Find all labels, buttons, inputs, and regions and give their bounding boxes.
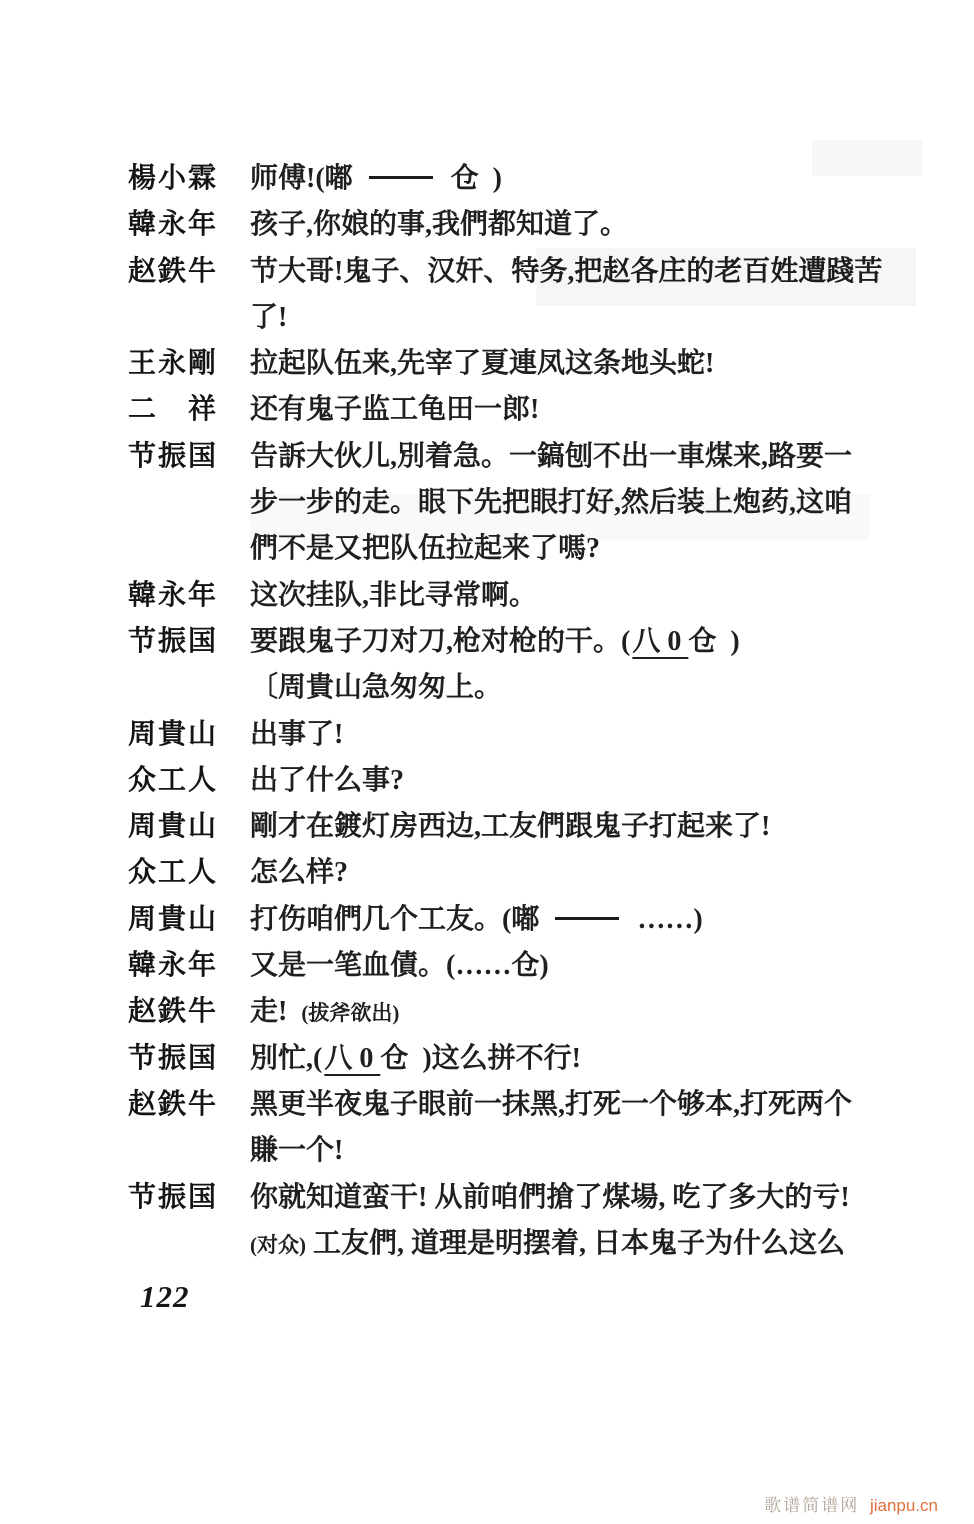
dialogue-row: 赵鉄牛走! (拔斧欲出) <box>128 989 974 1035</box>
dialogue-text: 拉起队伍来,先宰了夏連凤这条地头蛇! <box>250 341 974 387</box>
dialogue-segment: 告訴大伙儿,別着急。一鎬刨不出一車煤来,路要一 <box>250 441 852 472</box>
dialogue-row: 节振国你就知道蛮干! 从前咱們搶了煤場, 吃了多大的亏! <box>128 1175 974 1221</box>
dialogue-row: 众工人出了什么事? <box>128 758 974 804</box>
dialogue-row: 們不是又把队伍拉起来了嗎? <box>128 526 974 572</box>
dialogue-row: 王永剛拉起队伍来,先宰了夏連凤这条地头蛇! <box>128 341 974 387</box>
dialogue-text: 步一步的走。眼下先把眼打好,然后装上炮药,这咱 <box>250 480 974 526</box>
speaker-name <box>128 665 250 711</box>
dialogue-text: 这次挂队,非比寻常啊。 <box>250 573 974 619</box>
dialogue-text: 了! <box>250 295 974 341</box>
dialogue-segment: 工友們, 道理是明摆着, 日本鬼子为什么这么 <box>306 1228 845 1259</box>
speaker-name: 赵鉄牛 <box>128 1082 250 1128</box>
dialogue-segment: 这次挂队,非比寻常啊。 <box>250 580 537 611</box>
stage-direction: (拔斧欲出) <box>301 1001 399 1025</box>
speaker-name <box>128 1221 250 1267</box>
dialogue-text: 賺一个! <box>250 1128 974 1174</box>
dialogue-segment: 还有鬼子监工龟田一郎! <box>250 394 539 425</box>
dialogue-row: 众工人怎么样? <box>128 850 974 896</box>
dialogue-text: 剛才在鍍灯房西边,工友們跟鬼子打起来了! <box>250 804 974 850</box>
dialogue-segment: 仓 ) <box>688 626 739 657</box>
dialogue-segment: 你就知道蛮干! 从前咱們搶了煤場, 吃了多大的亏! <box>250 1182 850 1213</box>
dialogue-text: 出事了! <box>250 712 974 758</box>
dialogue-segment: 怎么样? <box>250 857 348 888</box>
speaker-name: 赵鉄牛 <box>128 989 250 1035</box>
dialogue-segment: 剛才在鍍灯房西边,工友們跟鬼子打起来了! <box>250 811 770 842</box>
dialogue-segment: 孩子,你娘的事,我們都知道了。 <box>250 209 628 240</box>
dialogue-text: 〔周貴山急匆匆上。 <box>250 665 974 711</box>
scanned-script-page: 楊小霖师傅!(嘟仓 )韓永年孩子,你娘的事,我們都知道了。赵鉄牛节大哥!鬼子、汉… <box>0 0 974 1524</box>
dialogue-row: 节振国別忙,(八0仓 )这么拼不行! <box>128 1036 974 1082</box>
dialogue-text: 师傅!(嘟仓 ) <box>250 156 974 202</box>
dialogue-segment: 步一步的走。眼下先把眼打好,然后装上炮药,这咱 <box>250 487 852 518</box>
dialogue-segment: 要跟鬼子刀对刀,枪对枪的干。( <box>250 626 630 657</box>
percussion-underlined: 八0 <box>322 1043 380 1074</box>
speaker-name: 韓永年 <box>128 943 250 989</box>
watermark-site-url: jianpu.cn <box>870 1496 938 1515</box>
dialogue-row: 赵鉄牛节大哥!鬼子、汉奸、特务,把赵各庄的老百姓遭踐苦 <box>128 249 974 295</box>
dialogue-text: 还有鬼子监工龟田一郎! <box>250 387 974 433</box>
page-number: 122 <box>140 1279 974 1315</box>
dialogue-row: 賺一个! <box>128 1128 974 1174</box>
dialogue-text: 你就知道蛮干! 从前咱們搶了煤場, 吃了多大的亏! <box>250 1175 974 1221</box>
dialogue-text: 告訴大伙儿,別着急。一鎬刨不出一車煤来,路要一 <box>250 434 974 480</box>
dialogue-segment: 拉起队伍来,先宰了夏連凤这条地头蛇! <box>250 348 714 379</box>
dialogue-segment: 賺一个! <box>250 1135 343 1166</box>
dialogue-segment: 們不是又把队伍拉起来了嗎? <box>250 533 600 564</box>
speaker-name: 王永剛 <box>128 341 250 387</box>
dialogue-segment: 別忙,( <box>250 1043 322 1074</box>
dialogue-row: 周貴山剛才在鍍灯房西边,工友們跟鬼子打起来了! <box>128 804 974 850</box>
dialogue-row: 二 祥还有鬼子监工龟田一郎! <box>128 387 974 433</box>
dialogue-text: 打伤咱們几个工友。(嘟……) <box>250 897 974 943</box>
speaker-name <box>128 480 250 526</box>
dialogue-row: 韓永年这次挂队,非比寻常啊。 <box>128 573 974 619</box>
dialogue-text: 又是一笔血債。(……仓) <box>250 943 974 989</box>
percussion-underlined: 八0 <box>630 626 688 657</box>
dialogue-text: 走! (拔斧欲出) <box>250 989 974 1035</box>
dialogue-segment: 又是一笔血債。(……仓) <box>250 950 549 981</box>
dialogue-text: 們不是又把队伍拉起来了嗎? <box>250 526 974 572</box>
dialogue-segment: 了! <box>250 302 287 333</box>
speaker-name <box>128 526 250 572</box>
speaker-name: 周貴山 <box>128 897 250 943</box>
dialogue-row: 〔周貴山急匆匆上。 <box>128 665 974 711</box>
dialogue-text: 孩子,你娘的事,我們都知道了。 <box>250 202 974 248</box>
dialogue-text: 怎么样? <box>250 850 974 896</box>
dialogue-row: 周貴山打伤咱們几个工友。(嘟……) <box>128 897 974 943</box>
dialogue-text: 別忙,(八0仓 )这么拼不行! <box>250 1036 974 1082</box>
speaker-name <box>128 295 250 341</box>
dialogue-segment: 仓 ) <box>451 163 502 194</box>
dialogue-segment: 师傅!(嘟 <box>250 163 353 194</box>
speaker-name: 周貴山 <box>128 712 250 758</box>
dialogue-segment: 〔周貴山急匆匆上。 <box>250 672 502 703</box>
dialogue-row: 节振国要跟鬼子刀对刀,枪对枪的干。(八0仓 ) <box>128 619 974 665</box>
speaker-name: 节振国 <box>128 1036 250 1082</box>
dialogue-text: 节大哥!鬼子、汉奸、特务,把赵各庄的老百姓遭踐苦 <box>250 249 974 295</box>
speaker-name: 节振国 <box>128 619 250 665</box>
dialogue-segment: 出了什么事? <box>250 765 404 796</box>
speaker-name: 赵鉄牛 <box>128 249 250 295</box>
speaker-name: 众工人 <box>128 850 250 896</box>
dialogue-segment: 走! <box>250 996 301 1027</box>
speaker-name: 韓永年 <box>128 573 250 619</box>
speaker-name: 节振国 <box>128 1175 250 1221</box>
script-rows: 楊小霖师傅!(嘟仓 )韓永年孩子,你娘的事,我們都知道了。赵鉄牛节大哥!鬼子、汉… <box>128 156 974 1267</box>
dialogue-segment: 打伤咱們几个工友。(嘟 <box>250 904 539 935</box>
speaker-name <box>128 1128 250 1174</box>
dialogue-row: 了! <box>128 295 974 341</box>
dialogue-row: 周貴山出事了! <box>128 712 974 758</box>
dialogue-row: 步一步的走。眼下先把眼打好,然后装上炮药,这咱 <box>128 480 974 526</box>
percussion-dash <box>555 917 619 920</box>
stage-direction: (对众) <box>250 1233 306 1257</box>
dialogue-text: 出了什么事? <box>250 758 974 804</box>
speaker-name: 韓永年 <box>128 202 250 248</box>
dialogue-row: 节振国告訴大伙儿,別着急。一鎬刨不出一車煤来,路要一 <box>128 434 974 480</box>
dialogue-text: 要跟鬼子刀对刀,枪对枪的干。(八0仓 ) <box>250 619 974 665</box>
speaker-name: 周貴山 <box>128 804 250 850</box>
dialogue-row: 韓永年又是一笔血債。(……仓) <box>128 943 974 989</box>
dialogue-text: 黑更半夜鬼子眼前一抹黑,打死一个够本,打死两个 <box>250 1082 974 1128</box>
dialogue-segment: 节大哥!鬼子、汉奸、特务,把赵各庄的老百姓遭踐苦 <box>250 256 882 287</box>
speaker-name: 节振国 <box>128 434 250 480</box>
percussion-dash <box>369 176 433 179</box>
dialogue-segment: ……) <box>637 904 702 935</box>
watermark: 歌谱简谱网 jianpu.cn <box>764 1491 938 1516</box>
dialogue-row: (对众) 工友們, 道理是明摆着, 日本鬼子为什么这么 <box>128 1221 974 1267</box>
dialogue-segment: 出事了! <box>250 719 343 750</box>
speaker-name: 二 祥 <box>128 387 250 433</box>
dialogue-segment: 黑更半夜鬼子眼前一抹黑,打死一个够本,打死两个 <box>250 1089 852 1120</box>
speaker-name: 楊小霖 <box>128 156 250 202</box>
script-content: 楊小霖师傅!(嘟仓 )韓永年孩子,你娘的事,我們都知道了。赵鉄牛节大哥!鬼子、汉… <box>0 0 974 1315</box>
dialogue-row: 楊小霖师傅!(嘟仓 ) <box>128 156 974 202</box>
speaker-name: 众工人 <box>128 758 250 804</box>
dialogue-text: (对众) 工友們, 道理是明摆着, 日本鬼子为什么这么 <box>250 1221 974 1267</box>
watermark-site-name: 歌谱简谱网 <box>764 1496 859 1515</box>
dialogue-row: 赵鉄牛黑更半夜鬼子眼前一抹黑,打死一个够本,打死两个 <box>128 1082 974 1128</box>
dialogue-segment: 仓 )这么拼不行! <box>380 1043 581 1074</box>
dialogue-row: 韓永年孩子,你娘的事,我們都知道了。 <box>128 202 974 248</box>
